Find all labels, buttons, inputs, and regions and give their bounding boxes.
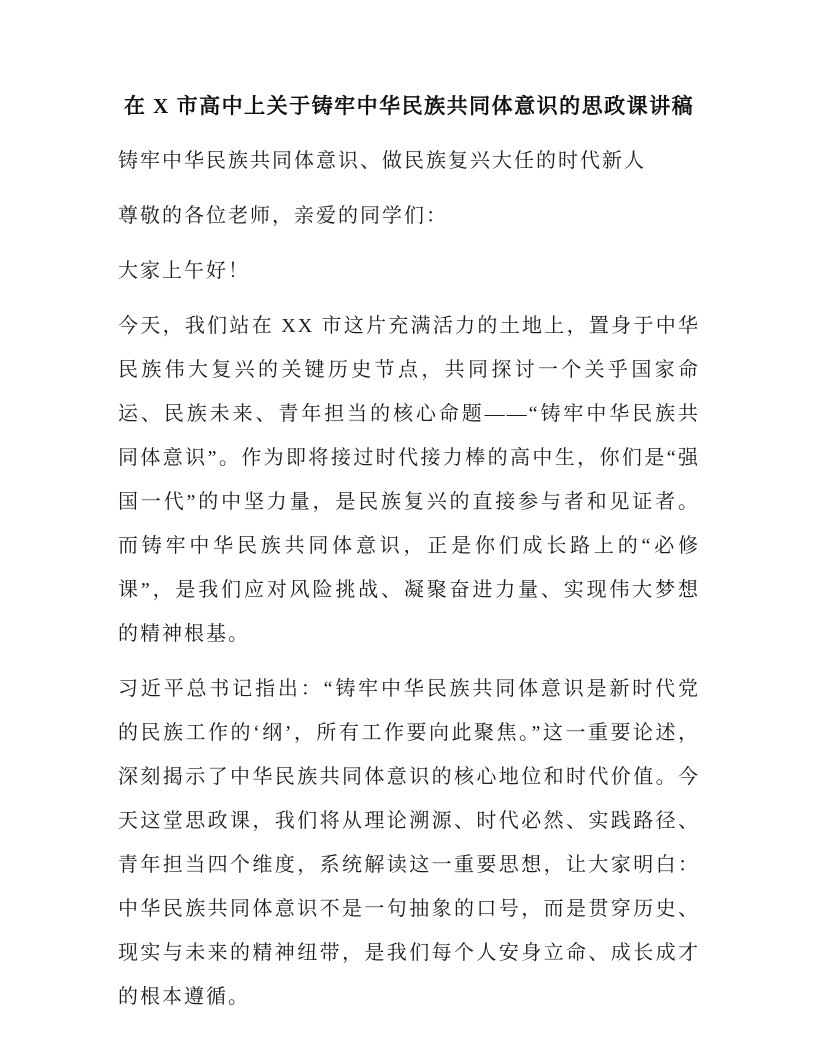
document-title: 在 X 市高中上关于铸牢中华民族共同体意识的思政课讲稿	[118, 84, 700, 128]
paragraph-subtitle: 铸牢中华民族共同体意识、做民族复兴大任的时代新人	[118, 139, 700, 183]
paragraph-greeting: 大家上午好！	[118, 249, 700, 293]
document-page: 在 X 市高中上关于铸牢中华民族共同体意识的思政课讲稿 铸牢中华民族共同体意识、…	[0, 0, 816, 1056]
paragraph-quote: 习近平总书记指出：“铸牢中华民族共同体意识是新时代党的民族工作的‘纲’，所有工作…	[118, 667, 700, 1019]
paragraph-salutation: 尊敬的各位老师，亲爱的同学们：	[118, 194, 700, 238]
paragraph-intro: 今天，我们站在 XX 市这片充满活力的土地上，置身于中华民族伟大复兴的关键历史节…	[118, 304, 700, 656]
